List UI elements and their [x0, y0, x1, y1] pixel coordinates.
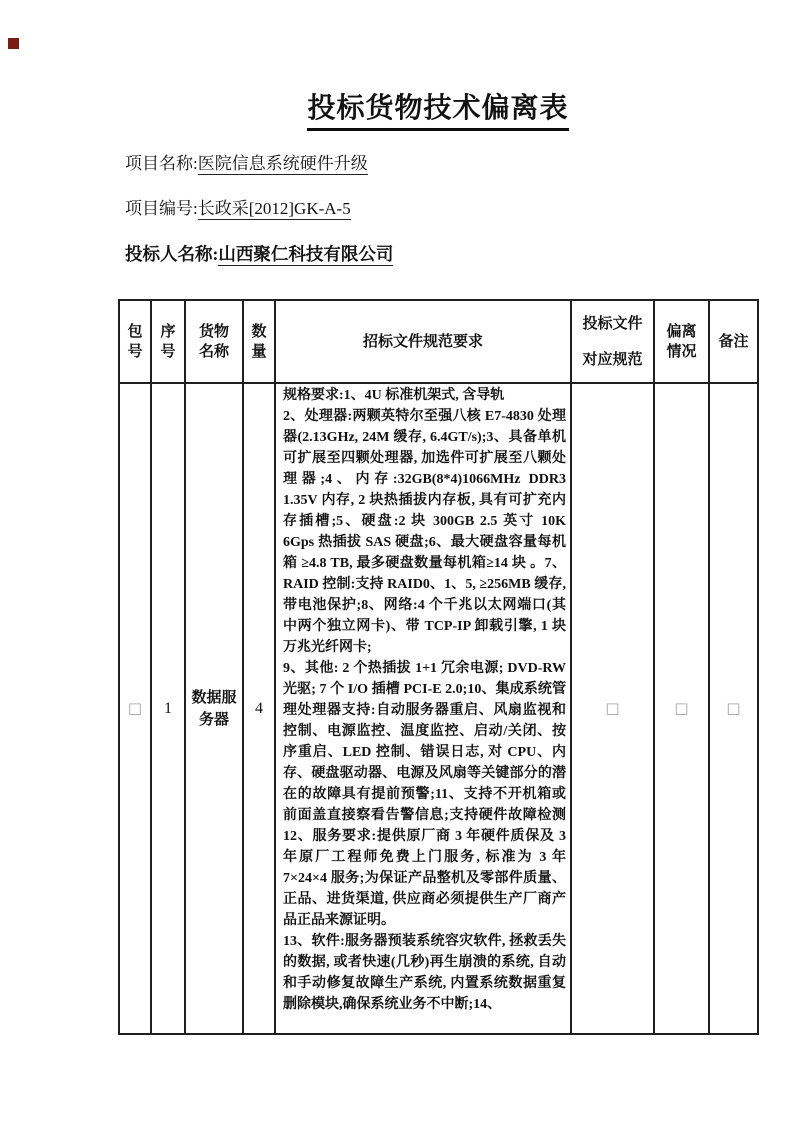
- col-header-tender-spec: 招标文件规范要求: [275, 300, 571, 383]
- page-title: 投标货物技术偏离表: [307, 92, 568, 131]
- cell-remark: □: [709, 383, 758, 1034]
- bidder-name-value: 山西聚仁科技有限公司: [218, 244, 393, 266]
- col-header-seq-no: 序 号: [151, 300, 185, 383]
- empty-checkbox: □: [605, 699, 619, 717]
- cell-tender-spec: 规格要求:1、4U 标准机架式, 含导轨 2、处理器:两颗英特尔至强八核 E7-…: [275, 383, 571, 1034]
- spec-paragraph: 规格要求:1、4U 标准机架式, 含导轨: [283, 385, 566, 406]
- cell-bid-spec: □: [571, 383, 654, 1034]
- col-header-package-no: 包 号: [119, 300, 151, 383]
- header-row: 包 号 序 号 货物 名称 数 量 招标文件规范要求: [119, 300, 758, 383]
- cell-package-no: □: [119, 383, 151, 1034]
- project-number-field: 项目编号:长政采[2012]GK-A-5: [125, 197, 758, 221]
- col-header-deviation: 偏离 情况: [654, 300, 709, 383]
- spec-paragraph: 13、软件:服务器预装系统容灾软件, 拯救丢失的数据, 或者快速(几秒)再生崩溃…: [283, 931, 566, 1015]
- col-header-remark: 备注: [709, 300, 758, 383]
- col-header-item-name: 货物 名称: [185, 300, 243, 383]
- empty-checkbox: □: [674, 699, 688, 717]
- cell-deviation: □: [654, 383, 709, 1034]
- project-name-value: 医院信息系统硬件升级: [198, 154, 368, 175]
- bidder-name-label: 投标人名称:: [125, 244, 218, 264]
- spec-paragraph: 2、处理器:两颗英特尔至强八核 E7-4830 处理器(2.13GHz, 24M…: [283, 406, 566, 658]
- title-row: 投标货物技术偏离表: [118, 92, 758, 131]
- deviation-table: 包 号 序 号 货物 名称 数 量 招标文件规范要求: [118, 299, 759, 1035]
- project-number-label: 项目编号:: [125, 199, 198, 218]
- empty-checkbox: □: [726, 699, 740, 717]
- empty-checkbox: □: [128, 699, 142, 717]
- spec-paragraph: 9、其他: 2 个热插拔 1+1 冗余电源; DVD-RW 光驱; 7 个 I/…: [283, 658, 566, 931]
- cell-seq-no: 1: [151, 383, 185, 1034]
- col-header-quantity: 数 量: [243, 300, 275, 383]
- table-row: □ 1 数据服务器 4 规格要求:1、4U 标准机架式, 含导轨 2、处理器:两…: [119, 383, 758, 1034]
- document-page: 投标货物技术偏离表 项目名称:医院信息系统硬件升级 项目编号:长政采[2012]…: [118, 0, 758, 1035]
- cell-item-name: 数据服务器: [185, 383, 243, 1034]
- bidder-name-field: 投标人名称:山西聚仁科技有限公司: [125, 242, 758, 266]
- project-name-field: 项目名称:医院信息系统硬件升级: [125, 152, 758, 176]
- cell-quantity: 4: [243, 383, 275, 1034]
- red-corner-mark: [8, 38, 19, 49]
- project-number-value: 长政采[2012]GK-A-5: [198, 199, 351, 220]
- col-header-bid-spec: 投标文件 对应规范: [571, 300, 654, 383]
- project-name-label: 项目名称:: [125, 154, 198, 173]
